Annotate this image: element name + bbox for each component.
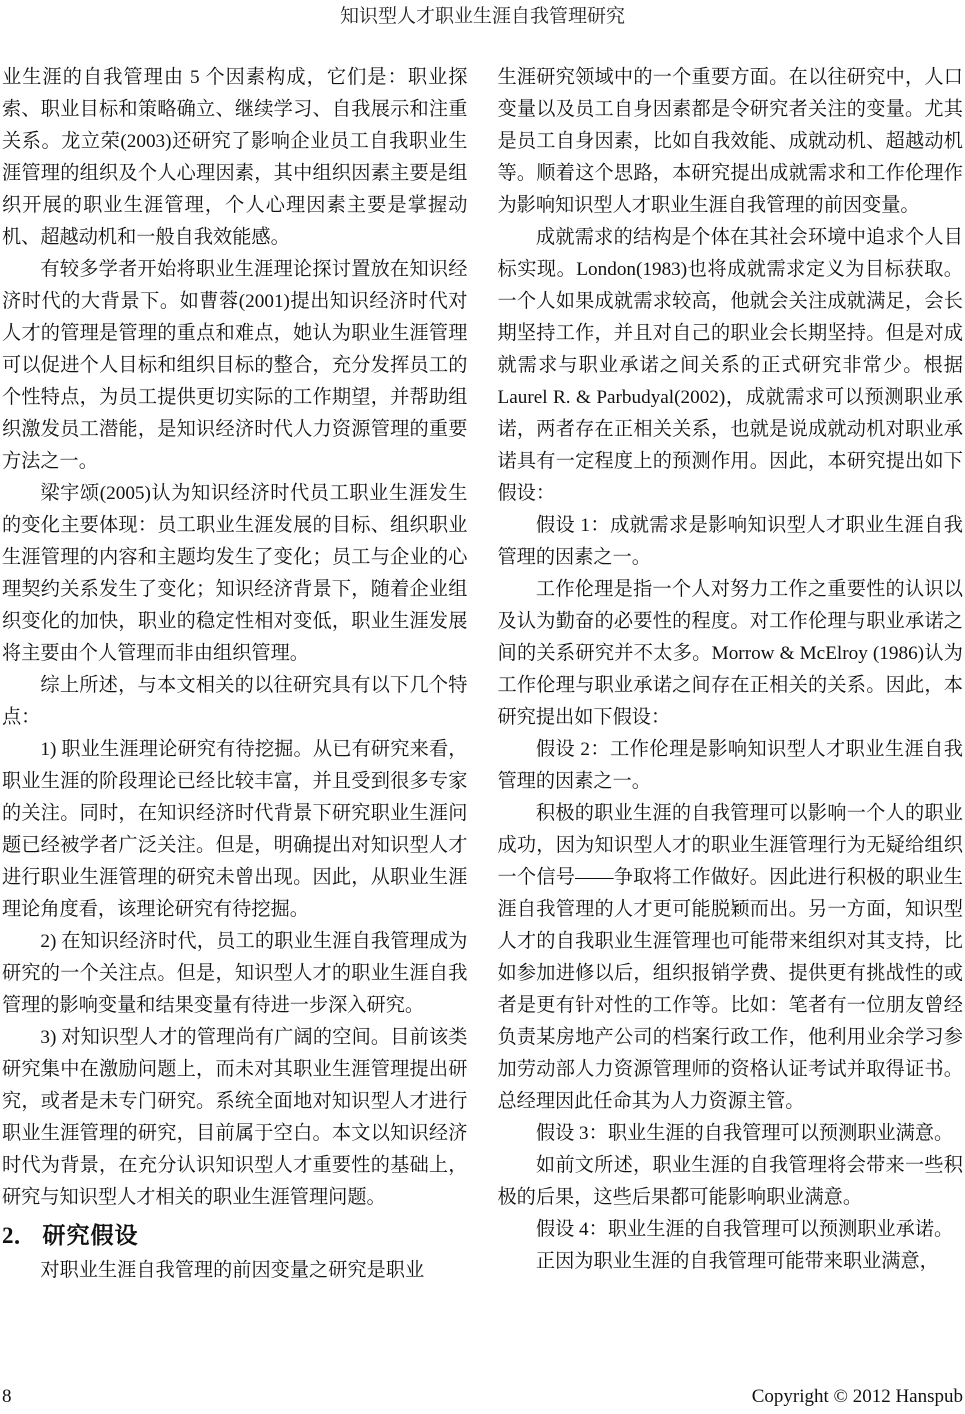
body-paragraph: 正因为职业生涯的自我管理可能带来职业满意， xyxy=(498,1246,964,1278)
body-paragraph-list-item: 1) 职业生涯理论研究有待挖掘。从已有研究来看，职业生涯的阶段理论已经比较丰富，… xyxy=(2,734,468,926)
page-number: 8 xyxy=(2,1386,12,1408)
body-paragraph: 梁宇颂(2005)认为知识经济时代员工职业生涯发生的变化主要体现：员工职业生涯发… xyxy=(2,478,468,670)
body-paragraph: 如前文所述，职业生涯的自我管理将会带来一些积极的后果，这些后果都可能影响职业满意… xyxy=(498,1150,964,1214)
hypothesis-paragraph: 假设 3：职业生涯的自我管理可以预测职业满意。 xyxy=(498,1118,964,1150)
section-number: 2． xyxy=(2,1223,37,1248)
running-head-title: 知识型人才职业生涯自我管理研究 xyxy=(0,5,965,29)
right-column: 生涯研究领域中的一个重要方面。在以往研究中，人口变量以及员工自身因素都是令研究者… xyxy=(498,62,964,1287)
left-column: 业生涯的自我管理由 5 个因素构成，它们是：职业探索、职业目标和策略确立、继续学… xyxy=(2,62,468,1287)
hypothesis-paragraph: 假设 4：职业生涯的自我管理可以预测职业承诺。 xyxy=(498,1214,964,1246)
body-paragraph: 有较多学者开始将职业生涯理论探讨置放在知识经济时代的大背景下。如曹蓉(2001)… xyxy=(2,254,468,478)
copyright-notice: Copyright © 2012 Hanspub xyxy=(752,1386,963,1408)
hypothesis-paragraph: 假设 2：工作伦理是影响知识型人才职业生涯自我管理的因素之一。 xyxy=(498,734,964,798)
page-header: 知识型人才职业生涯自我管理研究 xyxy=(0,0,965,29)
two-column-body: 业生涯的自我管理由 5 个因素构成，它们是：职业探索、职业目标和策略确立、继续学… xyxy=(0,62,965,1287)
body-paragraph: 工作伦理是指一个人对努力工作之重要性的认识以及认为勤奋的必要性的程度。对工作伦理… xyxy=(498,574,964,734)
section-heading: 2．研究假设 xyxy=(2,1220,468,1251)
body-paragraph-list-item: 3) 对知识型人才的管理尚有广阔的空间。目前该类研究集中在激励问题上，而未对其职… xyxy=(2,1022,468,1214)
section-title: 研究假设 xyxy=(43,1222,139,1248)
page-footer: 8 Copyright © 2012 Hanspub xyxy=(2,1386,963,1408)
body-paragraph: 积极的职业生涯的自我管理可以影响一个人的职业成功，因为知识型人才的职业生涯管理行… xyxy=(498,798,964,1118)
hypothesis-paragraph: 假设 1：成就需求是影响知识型人才职业生涯自我管理的因素之一。 xyxy=(498,510,964,574)
body-paragraph: 综上所述，与本文相关的以往研究具有以下几个特点： xyxy=(2,670,468,734)
body-paragraph: 生涯研究领域中的一个重要方面。在以往研究中，人口变量以及员工自身因素都是令研究者… xyxy=(498,62,964,222)
body-paragraph: 对职业生涯自我管理的前因变量之研究是职业 xyxy=(2,1255,468,1287)
body-paragraph: 业生涯的自我管理由 5 个因素构成，它们是：职业探索、职业目标和策略确立、继续学… xyxy=(2,62,468,254)
body-paragraph-list-item: 2) 在知识经济时代，员工的职业生涯自我管理成为研究的一个关注点。但是，知识型人… xyxy=(2,926,468,1022)
document-page: 知识型人才职业生涯自我管理研究 业生涯的自我管理由 5 个因素构成，它们是：职业… xyxy=(0,0,965,1414)
body-paragraph: 成就需求的结构是个体在其社会环境中追求个人目标实现。London(1983)也将… xyxy=(498,222,964,510)
